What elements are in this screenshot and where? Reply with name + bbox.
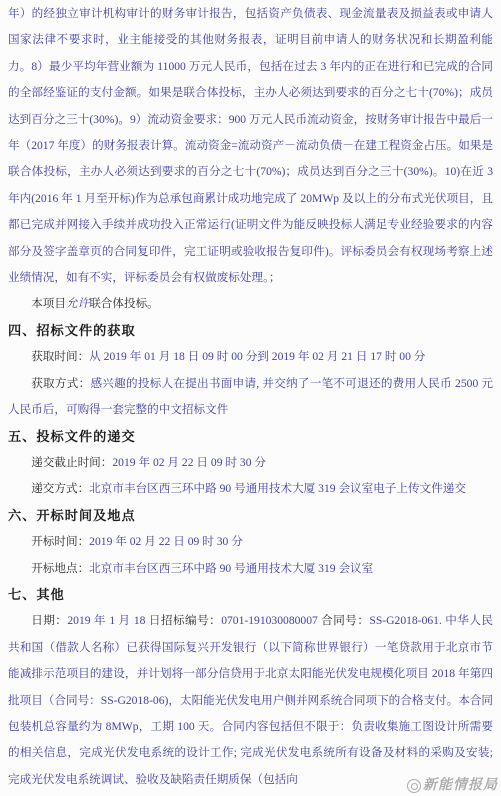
- joint-venture-line: 本项目允许联合体投标。: [8, 291, 493, 317]
- jv-emphasis: 允许: [66, 297, 89, 310]
- item-value: 北京市丰台区西三环中路 90 号通用技术大厦 319 会议室: [89, 562, 373, 575]
- date-value: 2019 年 1 月 18 日: [67, 614, 161, 627]
- item-label: 获取时间：: [31, 350, 89, 363]
- section-6-item-open-time: 开标时间：2019 年 02 月 22 日 09 时 30 分: [8, 529, 493, 555]
- item-label: 开标时间：: [31, 535, 89, 548]
- contract-no-label: 合同号：: [321, 614, 369, 627]
- jv-suffix: 联合体投标。: [89, 297, 159, 310]
- jv-prefix: 本项目: [31, 297, 66, 310]
- section-7-heading: 七、其他: [8, 582, 493, 608]
- item-label: 递交方式：: [31, 482, 89, 495]
- item-label: 获取方式：: [31, 377, 90, 390]
- intro-paragraph: 年）的经独立审计机构审计的财务审计报告，包括资产负债表、现金流量表及损益表或申请…: [8, 1, 493, 291]
- section-4-item-obtain-method: 获取方式：感兴趣的投标人在提出书面申请, 并交纳了一笔不可退还的费用人民币 25…: [8, 371, 493, 424]
- section-6-item-open-place: 开标地点：北京市丰台区西三环中路 90 号通用技术大厦 319 会议室: [8, 556, 493, 582]
- tender-document-page: 年）的经独立审计机构审计的财务审计报告，包括资产负债表、现金流量表及损益表或申请…: [0, 0, 501, 796]
- tender-no-value: 0701-191030080007: [221, 614, 321, 627]
- contract-body-text: SS-G2018-061. 中华人民共和国（借款人名称）已获得国际复兴开发银行（…: [8, 614, 493, 785]
- item-value: 北京市丰台区西三环中路 90 号通用技术大厦 319 会议室电子上传文件递交: [89, 482, 466, 495]
- item-label: 递交截止时间：: [31, 456, 112, 469]
- section-5-item-submit-method: 递交方式：北京市丰台区西三环中路 90 号通用技术大厦 319 会议室电子上传文…: [8, 476, 493, 502]
- section-4-heading: 四、招标文件的获取: [8, 318, 493, 344]
- tender-no-label: 招标编号：: [161, 614, 221, 627]
- item-value: 2019 年 02 月 22 日 09 时 30 分: [112, 456, 266, 469]
- date-label: 日期：: [31, 614, 67, 627]
- item-value: 从 2019 年 01 月 18 日 09 时 00 分到 2019 年 02 …: [89, 350, 425, 363]
- section-5-item-deadline: 递交截止时间：2019 年 02 月 22 日 09 时 30 分: [8, 450, 493, 476]
- item-value: 2019 年 02 月 22 日 09 时 30 分: [89, 535, 243, 548]
- section-6-heading: 六、开标时间及地点: [8, 503, 493, 529]
- section-5-heading: 五、投标文件的递交: [8, 424, 493, 450]
- section-7-paragraph: 日期：2019 年 1 月 18 日招标编号：0701-191030080007…: [8, 608, 493, 793]
- item-label: 开标地点：: [31, 562, 89, 575]
- section-4-item-obtain-time: 获取时间：从 2019 年 01 月 18 日 09 时 00 分到 2019 …: [8, 344, 493, 370]
